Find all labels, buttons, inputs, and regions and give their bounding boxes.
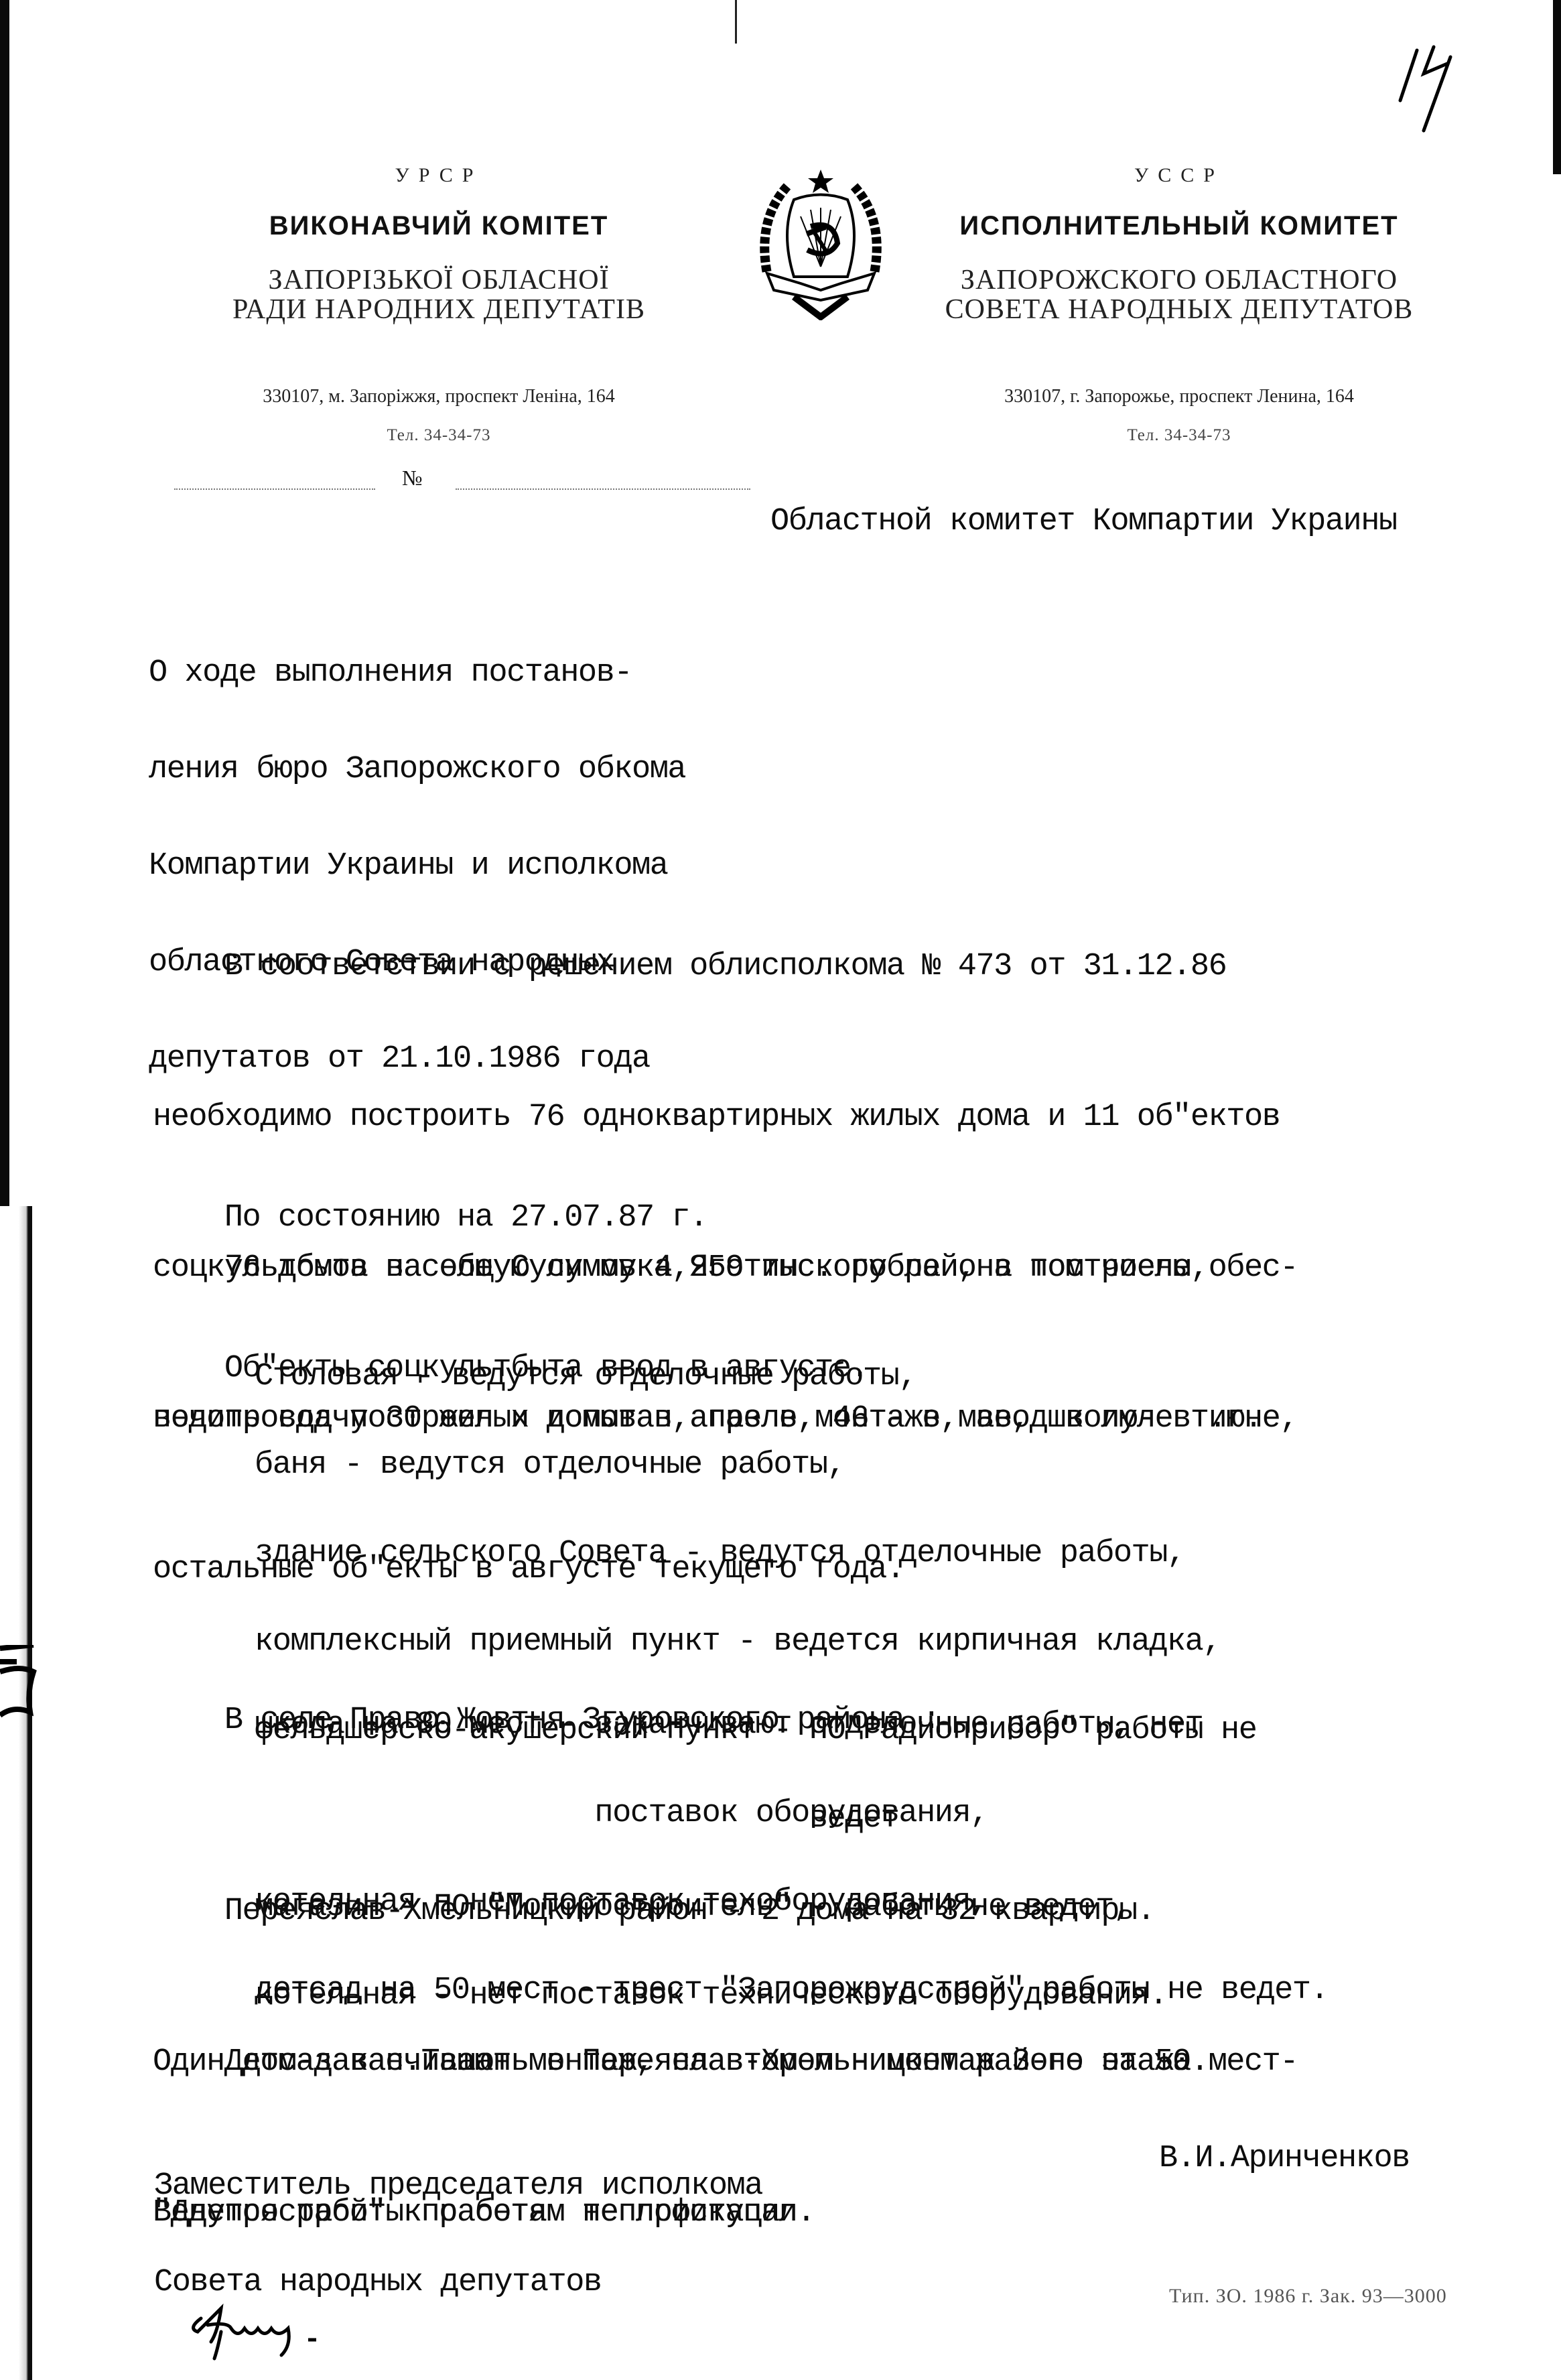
document-number-line: № — [174, 466, 750, 492]
position-line: Заместитель председателя исполкома — [154, 2170, 762, 2202]
subject-line: ления бюро Запорожского обкома — [149, 754, 685, 786]
letterhead-phone: Тел. 34-34-73 — [891, 426, 1467, 445]
letterhead-committee: ВИКОНАВЧИЙ КОМІТЕТ — [154, 211, 724, 241]
letterhead-state: УССР — [891, 164, 1467, 187]
scan-edge-left-shadow — [19, 1206, 32, 2380]
letterhead-council-line2: СОВЕТА НАРОДНЫХ ДЕПУТАТОВ — [891, 295, 1467, 324]
date-blank — [174, 488, 375, 490]
body-line: Детсад в с.Ташань в Переяслав-Хмельницко… — [153, 2037, 1493, 2087]
letterhead-committee: ИСПОЛНИТЕЛЬНЫЙ КОМИТЕТ — [891, 211, 1467, 241]
list-item: Столовая - ведутся отделочные работы, — [255, 1362, 1256, 1392]
printer-imprint: Тип. ЗО. 1986 г. Зак. 93—3000 — [1169, 2285, 1447, 2308]
letterhead-phone: Тел. 34-34-73 — [154, 426, 724, 445]
coat-of-arms-icon — [747, 166, 894, 320]
handwritten-signature — [181, 2292, 342, 2365]
scan-edge-left — [0, 0, 9, 1206]
letterhead-address: 330107, м. Запоріжжя, проспект Леніна, 1… — [154, 386, 724, 407]
signatory-name: В.И.Аринченков — [1159, 2141, 1410, 2176]
letterhead-council-line1: ЗАПОРІЗЬКОЇ ОБЛАСНОЇ — [154, 265, 724, 295]
scan-mark-top — [735, 0, 737, 44]
letterhead-council-line2: РАДИ НАРОДНИХ ДЕПУТАТІВ — [154, 295, 724, 324]
list-item: школа на 80 мест - заканчивают отделочны… — [255, 1711, 1328, 1740]
subject-line: О ходе выполнения постанов- — [149, 657, 685, 689]
letterhead-russian: УССР ИСПОЛНИТЕЛЬНЫЙ КОМИТЕТ ЗАПОРОЖСКОГО… — [891, 164, 1467, 445]
binding-thread-mark — [0, 1645, 40, 1725]
scan-edge-right — [1553, 0, 1561, 174]
body-line: В соответствии с решением облисполкома №… — [153, 941, 1493, 992]
archive-page-number-handwritten: 14 — [1394, 44, 1474, 137]
list-item: баня - ведутся отделочные работы, — [255, 1451, 1256, 1480]
number-sign: № — [402, 466, 423, 490]
letterhead-council-line1: ЗАПОРОЖСКОГО ОБЛАСТНОГО — [891, 265, 1467, 295]
letterhead-ukrainian: УРСР ВИКОНАВЧИЙ КОМІТЕТ ЗАПОРІЗЬКОЇ ОБЛА… — [154, 164, 724, 445]
number-blank — [456, 488, 750, 490]
letterhead-state: УРСР — [154, 164, 724, 187]
letterhead-address: 330107, г. Запорожье, проспект Ленина, 1… — [891, 386, 1467, 407]
body-line: Переяслав-Хмельницкий район - 2 дома на … — [153, 1886, 1493, 1936]
recipient: Областной комитет Компартии Украины — [770, 504, 1397, 539]
list-item: здание сельского Совета - ведутся отдело… — [255, 1539, 1256, 1569]
